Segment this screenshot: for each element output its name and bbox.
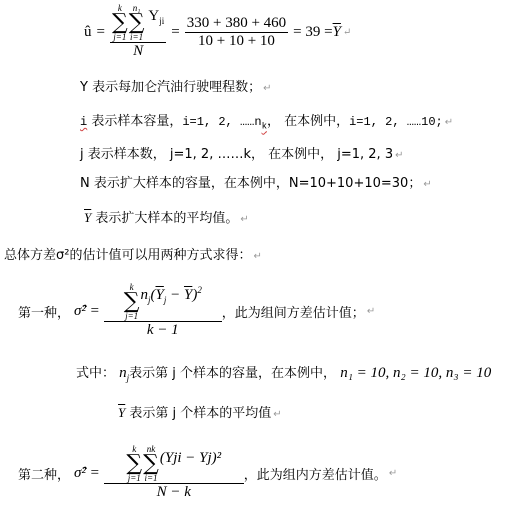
sum-i: nk ∑ i=1 bbox=[143, 445, 159, 483]
sum-j: k ∑ j=1 bbox=[126, 445, 142, 483]
return-mark: ↵ bbox=[273, 409, 281, 420]
numerator-body: (Yji − Yj)² bbox=[160, 450, 221, 467]
def-text: 表示样本容量， bbox=[87, 114, 182, 129]
return-mark: ↵ bbox=[343, 27, 351, 38]
sigma-icon: ∑ bbox=[124, 292, 140, 312]
intro-text: 总体方差σ²的估计值可以用两种方式求得： bbox=[4, 248, 251, 263]
return-mark: ↵ bbox=[445, 117, 453, 128]
where-ybar: Y 表示第 j 个样本的平均值↵ bbox=[118, 402, 282, 421]
sigma-hat: σ̂² = bbox=[74, 303, 100, 320]
def-text: Y 表示每加仑汽油行驶哩程数； bbox=[80, 80, 261, 95]
where-desc: 表示第 j 个样本的容量，在本例中， bbox=[129, 366, 336, 381]
numeric-fraction: 330 + 380 + 460 10 + 10 + 10 bbox=[185, 15, 288, 50]
sample-sizes: n₁ = 10, n₂ = 10, n₃ = 10 bbox=[340, 365, 491, 381]
sum-lower: j=1 bbox=[113, 33, 126, 42]
return-mark: ↵ bbox=[240, 214, 248, 225]
sum-lower: i=1 bbox=[144, 474, 157, 483]
def-ybar: Y 表示扩大样本的平均值。↵ bbox=[84, 207, 249, 226]
range-2: i=1, 2, ……10; bbox=[349, 115, 443, 129]
method-1: 第一种， σ̂² = k ∑ j=1 nj(Yj − Y)2 k − 1 ，此为… bbox=[18, 278, 375, 344]
range-text: i=1, 2, ……n bbox=[182, 115, 261, 129]
range-1: i=1, 2, ……nk bbox=[182, 115, 267, 129]
return-mark: ↵ bbox=[389, 468, 397, 479]
n-j-symbol: nj bbox=[119, 365, 129, 381]
return-mark: ↵ bbox=[423, 179, 431, 190]
denominator: k − 1 bbox=[145, 322, 181, 339]
sigma-icon: ∑ bbox=[126, 454, 142, 474]
sum-j: k ∑ j=1 bbox=[112, 4, 128, 42]
sum-j: k ∑ j=1 bbox=[124, 283, 140, 321]
return-mark: ↵ bbox=[367, 306, 375, 317]
sigma-icon: ∑ bbox=[112, 13, 128, 33]
def-n: N 表示扩大样本的容量，在本例中，N=10+10+10=30；↵ bbox=[80, 172, 432, 191]
sum-lower: j=1 bbox=[128, 474, 141, 483]
sigma-hat: σ̂² = bbox=[74, 465, 100, 482]
symbolic-fraction: k ∑ j=1 n₁ ∑ i=1 Yji N bbox=[110, 4, 166, 60]
method-desc: ，此为组间方差估计值； bbox=[222, 302, 365, 321]
equals-sign: = bbox=[97, 24, 105, 41]
y-bar: Y bbox=[333, 24, 341, 41]
where-desc: 表示第 j 个样本的平均值 bbox=[125, 406, 271, 421]
sigma-icon: ∑ bbox=[143, 454, 159, 474]
between-fraction: k ∑ j=1 nj(Yj − Y)2 k − 1 bbox=[104, 283, 222, 339]
return-mark: ↵ bbox=[395, 150, 403, 161]
def-text: 表示扩大样本的平均值。 bbox=[91, 211, 238, 226]
return-mark: ↵ bbox=[263, 83, 271, 94]
sigma-icon: ∑ bbox=[129, 13, 145, 33]
def-y: Y 表示每加仑汽油行驶哩程数；↵ bbox=[80, 76, 271, 95]
variance-intro: 总体方差σ²的估计值可以用两种方式求得：↵ bbox=[4, 244, 262, 263]
def-text: N 表示扩大样本的容量，在本例中，N=10+10+10=30； bbox=[80, 176, 421, 191]
summand-sub: ji bbox=[159, 16, 164, 26]
where-nj: 式中： nj表示第 j 个样本的容量，在本例中， n₁ = 10, n₂ = 1… bbox=[76, 362, 491, 383]
method-desc: ，此为组内方差估计值。 bbox=[244, 464, 387, 483]
summand: Y bbox=[148, 8, 159, 24]
method-2: 第二种， σ̂² = k ∑ j=1 nk ∑ i=1 (Yji − Yj)² … bbox=[18, 440, 397, 506]
def-text: j 表示样本数， j=1, 2, ……k， 在本例中， j=1, 2, 3 bbox=[80, 147, 393, 162]
def-i: i 表示样本容量，i=1, 2, ……nk， 在本例中，i=1, 2, ……10… bbox=[80, 110, 453, 131]
def-mid: ， 在本例中， bbox=[267, 114, 349, 129]
numerator: 330 + 380 + 460 bbox=[185, 15, 288, 32]
sum-lower: j=1 bbox=[125, 312, 138, 321]
def-j: j 表示样本数， j=1, 2, ……k， 在本例中， j=1, 2, 3↵ bbox=[80, 143, 403, 162]
method-label: 第一种， bbox=[18, 302, 70, 321]
denominator: N − k bbox=[155, 484, 193, 501]
mean-formula: û = k ∑ j=1 n₁ ∑ i=1 Yji N = 330 + 380 +… bbox=[84, 2, 351, 62]
denominator: N bbox=[131, 43, 145, 60]
denominator: 10 + 10 + 10 bbox=[196, 33, 277, 50]
sum-lower: i=1 bbox=[130, 33, 143, 42]
return-mark: ↵ bbox=[253, 251, 261, 262]
method-label: 第二种， bbox=[18, 464, 70, 483]
n-j: n bbox=[140, 287, 148, 303]
result: = 39 = bbox=[293, 24, 332, 41]
where-prefix: 式中： bbox=[76, 366, 115, 381]
within-fraction: k ∑ j=1 nk ∑ i=1 (Yji − Yj)² N − k bbox=[104, 445, 244, 501]
sum-i: n₁ ∑ i=1 bbox=[129, 4, 145, 42]
u-hat: û bbox=[84, 24, 92, 41]
